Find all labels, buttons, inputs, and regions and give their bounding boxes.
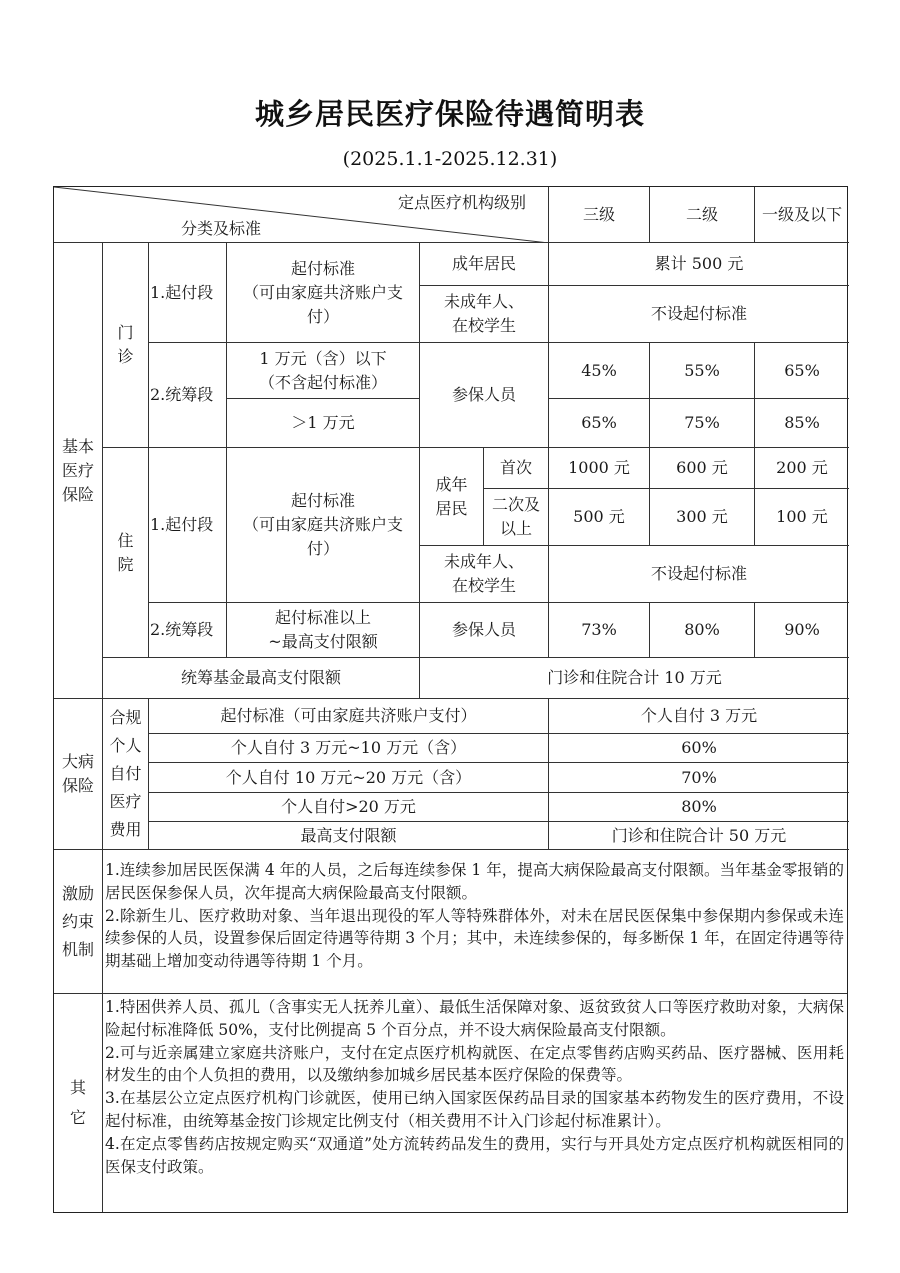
outpatient-range-under-10k: 1 万元（含）以下 （不含起付标准） bbox=[227, 343, 420, 399]
header-level-3: 三级 bbox=[549, 187, 650, 243]
inpatient-first-l1: 200 元 bbox=[755, 448, 849, 489]
header-level-1: 一级及以下 bbox=[755, 187, 849, 243]
outpatient-rate-l2-under-10k: 55% bbox=[650, 343, 755, 399]
outpatient-deductible-standard: 起付标准 （可由家庭共济账户支 付） bbox=[227, 243, 420, 343]
outpatient-adult-deductible-value: 累计 500 元 bbox=[549, 243, 849, 286]
outpatient-rate-l2-over-10k: 75% bbox=[650, 399, 755, 448]
critical-row-value: 60% bbox=[549, 734, 849, 763]
incentive-mechanism-label: 激励 约束 机制 bbox=[54, 850, 103, 994]
outpatient-rate-l3-under-10k: 45% bbox=[549, 343, 650, 399]
outpatient-rate-l1-under-10k: 65% bbox=[755, 343, 849, 399]
critical-row-value: 80% bbox=[549, 793, 849, 822]
other-paragraph: 2.可与近亲属建立家庭共济账户，支付在定点医疗机构就医、在定点零售药店购买药品、… bbox=[105, 1042, 844, 1088]
inpatient-deductible-stage: 1.起付段 bbox=[149, 448, 227, 603]
compliant-self-pay-label: 合规 个人 自付 医疗 费用 bbox=[103, 699, 149, 850]
inpatient-label: 住 院 bbox=[103, 448, 149, 658]
outpatient-insured-persons: 参保人员 bbox=[420, 343, 549, 448]
outpatient-rate-l3-over-10k: 65% bbox=[549, 399, 650, 448]
outpatient-label: 门 诊 bbox=[103, 243, 149, 448]
header-institution-level: 定点医疗机构级别 bbox=[398, 191, 526, 215]
other-paragraph: 3.在基层公立定点医疗机构门诊就医，使用已纳入国家医保药品目录的国家基本药物发生… bbox=[105, 1087, 844, 1133]
date-range: (2025.1.1-2025.12.31) bbox=[0, 148, 900, 170]
inpatient-minor-deductible-value: 不设起付标准 bbox=[549, 546, 849, 603]
header-category: 分类及标准 bbox=[181, 217, 261, 241]
other-label: 其 它 bbox=[54, 994, 103, 1212]
inpatient-first-l2: 600 元 bbox=[650, 448, 755, 489]
inpatient-minor-student: 未成年人、 在校学生 bbox=[420, 546, 549, 603]
inpatient-second-l3: 500 元 bbox=[549, 489, 650, 546]
outpatient-deductible-stage: 1.起付段 bbox=[149, 243, 227, 343]
inpatient-second-l1: 100 元 bbox=[755, 489, 849, 546]
inpatient-rate-l2: 80% bbox=[650, 603, 755, 658]
inpatient-rate-l1: 90% bbox=[755, 603, 849, 658]
critical-row-value: 70% bbox=[549, 763, 849, 793]
other-paragraph: 4.在定点零售药店按规定购买“双通道”处方流转药品发生的费用，实行与开具处方定点… bbox=[105, 1133, 844, 1179]
outpatient-rate-l1-over-10k: 85% bbox=[755, 399, 849, 448]
inpatient-pooling-stage: 2.统筹段 bbox=[149, 603, 227, 658]
incentive-mechanism-text: 1.连续参加居民医保满 4 年的人员，之后每连续参保 1 年，提高大病保险最高支… bbox=[103, 850, 847, 994]
critical-row-label: 个人自付>20 万元 bbox=[149, 793, 549, 822]
critical-row-label: 最高支付限额 bbox=[149, 822, 549, 850]
basic-insurance-label: 基本 医疗 保险 bbox=[54, 243, 103, 699]
inpatient-deductible-standard: 起付标准 （可由家庭共济账户支 付） bbox=[227, 448, 420, 603]
critical-row-value: 门诊和住院合计 50 万元 bbox=[549, 822, 849, 850]
inpatient-first-l3: 1000 元 bbox=[549, 448, 650, 489]
fund-limit-value: 门诊和住院合计 10 万元 bbox=[420, 658, 849, 699]
outpatient-minor-student: 未成年人、 在校学生 bbox=[420, 286, 549, 343]
critical-row-label: 起付标准（可由家庭共济账户支付） bbox=[149, 699, 549, 734]
critical-row-label: 个人自付 10 万元~20 万元（含） bbox=[149, 763, 549, 793]
fund-limit-label: 统筹基金最高支付限额 bbox=[103, 658, 420, 699]
critical-row-value: 个人自付 3 万元 bbox=[549, 699, 849, 734]
outpatient-pooling-stage: 2.统筹段 bbox=[149, 343, 227, 448]
other-text: 1.特困供养人员、孤儿（含事实无人抚养儿童）、最低生活保障对象、返贫致贫人口等医… bbox=[103, 994, 847, 1212]
critical-row-label: 个人自付 3 万元~10 万元（含） bbox=[149, 734, 549, 763]
inpatient-second-admission: 二次及 以上 bbox=[484, 489, 549, 546]
header-level-2: 二级 bbox=[650, 187, 755, 243]
benefits-table: 定点医疗机构级别 分类及标准 三级 二级 一级及以下 基本 医疗 保险 门 诊 … bbox=[53, 186, 848, 1213]
critical-insurance-label: 大病 保险 bbox=[54, 699, 103, 850]
outpatient-range-over-10k: ＞1 万元 bbox=[227, 399, 420, 448]
incentive-paragraph: 2.除新生儿、医疗救助对象、当年退出现役的军人等特殊群体外，对未在居民医保集中参… bbox=[105, 905, 844, 973]
other-paragraph: 1.特困供养人员、孤儿（含事实无人抚养儿童）、最低生活保障对象、返贫致贫人口等医… bbox=[105, 996, 844, 1042]
inpatient-adult-resident: 成年 居民 bbox=[420, 448, 484, 546]
inpatient-insured-persons: 参保人员 bbox=[420, 603, 549, 658]
diagonal-header-cell: 定点医疗机构级别 分类及标准 bbox=[54, 187, 549, 243]
outpatient-minor-deductible-value: 不设起付标准 bbox=[549, 286, 849, 343]
inpatient-second-l2: 300 元 bbox=[650, 489, 755, 546]
inpatient-rate-l3: 73% bbox=[549, 603, 650, 658]
incentive-paragraph: 1.连续参加居民医保满 4 年的人员，之后每连续参保 1 年，提高大病保险最高支… bbox=[105, 859, 844, 905]
outpatient-adult-resident: 成年居民 bbox=[420, 243, 549, 286]
inpatient-pooling-range: 起付标准以上 ~最高支付限额 bbox=[227, 603, 420, 658]
inpatient-first-admission: 首次 bbox=[484, 448, 549, 489]
page-title: 城乡居民医疗保险待遇简明表 bbox=[0, 92, 900, 133]
